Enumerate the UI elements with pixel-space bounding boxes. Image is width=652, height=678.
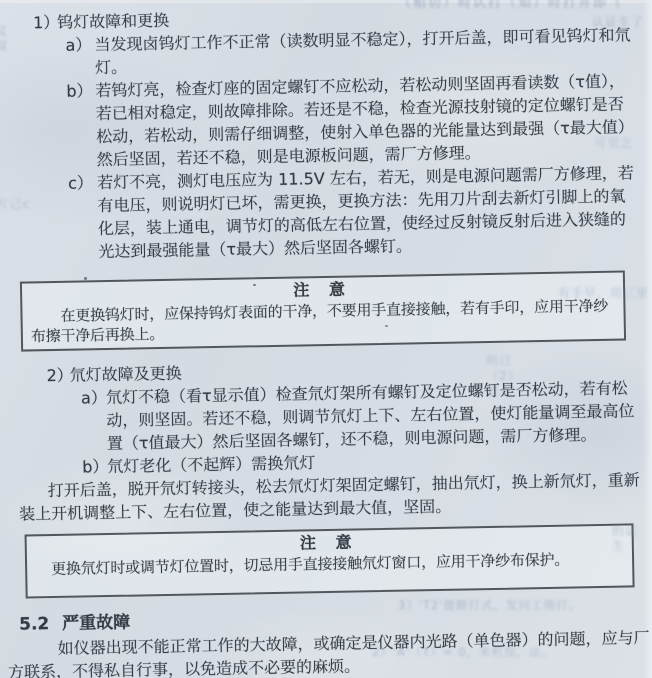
item-marker: a） <box>65 33 94 57</box>
item-text: 当发现卤钨灯工作不正常（读数明显不稳定），打开后盖，即可看见钨灯和氘灯。 <box>94 25 630 77</box>
section-5-2-number: 5.2 <box>19 612 62 637</box>
scanned-document-page: 1）钨灯故障和更换 a）当发现卤钨灯工作不正常（读数明显不稳定），打开后盖，即可… <box>0 0 652 678</box>
section1-heading-label: 钨灯故障和更换 <box>57 11 169 32</box>
item-text: 氘灯老化（不起辉）需换氘灯 <box>107 453 315 476</box>
item-marker: a） <box>81 386 106 409</box>
item-marker: b） <box>66 79 95 103</box>
section1-item-c: c）若灯不亮，测灯电压应为 11.5V 左右，若无，则是电源问题需厂方修理，若有… <box>0 161 650 265</box>
section1-heading-number: 1） <box>33 11 57 34</box>
section2-item-a: a）氘灯不稳（看τ显示值）检查氘灯架所有螺钉及定位螺钉是否松动，若有松动，则坚固… <box>1 376 652 457</box>
item-marker: c） <box>68 171 97 195</box>
section1-item-b: b）若钨灯亮，检查灯座的固定螺钉不应松动，若松动则坚固再看读数（τ值），若已相对… <box>0 69 649 173</box>
item-text: 氘灯不稳（看τ显示值）检查氘灯架所有螺钉及定位螺钉是否松动，若有松动，则坚固。若… <box>106 378 635 453</box>
section2-heading-number: 2） <box>46 364 69 387</box>
section2-heading-label: 氘灯故障及更换 <box>69 364 181 385</box>
section-5-2-title: 严重故障 <box>62 613 130 634</box>
item-text: 若钨灯亮，检查灯座的固定螺钉不应松动，若松动则坚固再看读数（τ值），若已相对稳定… <box>95 71 634 169</box>
notice-box-tungsten: 注 意 在更换钨灯时，应保持钨灯表面的干净，不要用手直接接触，若有手印，应用干净… <box>20 271 626 352</box>
item-text: 若灯不亮，测灯电压应为 11.5V 左右，若无，则是电源问题需厂方修理，若有电压… <box>97 163 634 261</box>
notice-box-deuterium: 注 意 更换氘灯时或调节灯位置时，切忌用手直接接触氘灯窗口，应用干净纱布保护。 <box>25 523 635 598</box>
item-marker: b） <box>82 455 107 478</box>
document-content: 1）钨灯故障和更换 a）当发现卤钨灯工作不正常（读数明显不稳定），打开后盖，即可… <box>0 0 652 678</box>
